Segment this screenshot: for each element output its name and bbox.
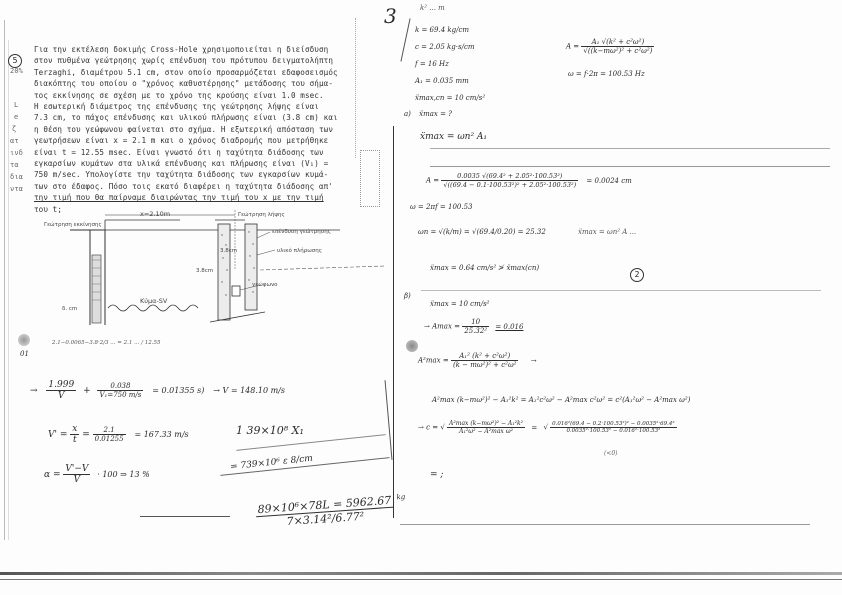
- amax-calc: → Amax = 1025.32² = 0.016: [424, 318, 523, 335]
- problem-line: είναι t = 12.55 msec. Είναι γνωστό ότι η…: [34, 147, 338, 158]
- label-casing: επένδυση γεώτρησης: [272, 229, 331, 235]
- problem-line: η θέση του γεώφωνου φαίνεται στο σχήμα. …: [34, 124, 338, 135]
- scan-bar: [0, 572, 842, 575]
- c-note: (<0): [604, 450, 618, 457]
- xmax-result: ẍmax = 0.64 cm/s² ≯ ẍmax(cn): [430, 264, 539, 272]
- bracket-line: [400, 18, 410, 61]
- given-a1: A₁ = 0.035 mm: [415, 73, 485, 90]
- label-fill: υλικό πλήρωσης: [277, 248, 322, 254]
- problem-text: Για την εκτέλεση δοκιμής Cross-Hole χρησ…: [34, 44, 338, 215]
- separator: [430, 166, 830, 167]
- side-note-1: 1 39×10⁸ X₁: [236, 424, 304, 437]
- problem-line: των στο έδαφος. Πόσο τοις εκατό διαφέρει…: [34, 181, 338, 192]
- separator: [421, 290, 821, 291]
- problem-line: στον πυθμένα γεώτρησης χωρίς επένδυση το…: [34, 55, 338, 66]
- margin-note: ζ: [12, 124, 16, 135]
- equation-velocity: → 1.999V + 0.038V₁=750 m/s = 0.01355 s) …: [30, 380, 285, 401]
- column-divider: [393, 126, 394, 518]
- problem-line: γεωτρήσεων είναι x = 2.1 m και ο χρόνος …: [34, 135, 338, 146]
- scan-blot-icon: [18, 334, 30, 346]
- problem-line: Για την εκτέλεση δοκιμής Cross-Hole χρησ…: [34, 44, 338, 55]
- final-answer: = ;: [430, 470, 443, 480]
- problem-number: 5: [8, 48, 22, 68]
- label-geophone: γεώφωνο: [252, 282, 278, 288]
- distance-label: x=2.10m: [140, 210, 170, 218]
- separator: [430, 148, 830, 149]
- scanned-page: 5 Για την εκτέλεση δοκιμής Cross-Hole χρ…: [0, 0, 842, 595]
- scan-edge-inner: [8, 40, 9, 540]
- label-sampler: δ. cm: [62, 306, 77, 312]
- given-k: k = 69.4 kg/cm: [415, 22, 485, 39]
- margin-note: ινδ: [10, 148, 23, 159]
- xmax-formula: ẍmax = ωn² A₁: [420, 132, 487, 142]
- problem-line: εγκαρσίων κυμάτων στα υλικά επένδυσης κα…: [34, 158, 338, 169]
- equation-apparent-velocity: V' = xt = 2.10.01255 = 167.33 m/s: [48, 424, 189, 445]
- problem-line: Terzaghi, διαμέτρου 5.1 cm, στον οποίο π…: [34, 67, 338, 78]
- given-xmax: ẍmax,cn = 10 cm/s²: [415, 90, 485, 107]
- expand-line: A²max (k−mω²)² − A₁²k² = A₁²c²ω² − A²max…: [432, 396, 690, 404]
- given-f: f = 16 Hz: [415, 56, 485, 73]
- label-left-borehole: Γεώτρηση εκκίνησης: [44, 222, 102, 228]
- formula-amplitude: A = A₁ √(k² + c²ω²)√((k−mω²)² + c²ω²): [566, 38, 654, 55]
- problem-line: διακόπτης του οποίου ο "χρόνος καθυστέρη…: [34, 78, 338, 89]
- margin-note: ντα: [10, 184, 23, 195]
- omega-n-note: ẍmax = ωn² A ...: [578, 228, 636, 236]
- given-values: k = 69.4 kg/cm c = 2.05 kg·s/cm f = 16 H…: [415, 22, 485, 107]
- problem-line: 7.3 cm, το πάχος επένδυσης και υλικού πλ…: [34, 112, 338, 123]
- margin-note: ατ: [10, 136, 19, 147]
- margin-dots: [355, 18, 357, 158]
- part-b-given: ẍmax = 10 cm/s²: [430, 300, 489, 308]
- equation-percent-diff: α = V'−VV · 100 ⇒ 13 %: [44, 464, 150, 485]
- omega-calc: ω = 2πf = 100.53: [410, 203, 472, 211]
- given-c: c = 2.05 kg·s/cm: [415, 39, 485, 56]
- omega-line: ω = f·2π = 100.53 Hz: [568, 70, 645, 78]
- part-a: a) ẍmax = ?: [404, 110, 452, 118]
- scan-edge: [4, 20, 5, 540]
- omega-n-calc: ωn = √(k/m) = √(69.4/0.20) = 25.32: [418, 228, 546, 236]
- problem-line: τος εκκίνησης σε σχέση με το χρόνο της κ…: [34, 90, 338, 101]
- margin-box: [360, 150, 380, 207]
- problem-line: την τιμή που θα παίρναμε διαιρώντας την …: [34, 192, 338, 203]
- label-wave: Κύμα-SV: [140, 297, 167, 305]
- answer-underline: [140, 516, 230, 517]
- margin-note: e: [14, 112, 18, 123]
- calculation: 89×10⁶×78L = 5962.677×3.14²/6.77² kg: [255, 493, 407, 530]
- part-b-label: β): [404, 292, 411, 300]
- margin-note: 20%: [10, 66, 23, 77]
- problem-line: 750 m/sec. Υπολογίστε την ταχύτητα διάδο…: [34, 169, 338, 180]
- separator: [400, 524, 810, 525]
- amax-squared: A²max = A₁² (k² + c²ω²)(k − mω²)² + c²ω²…: [418, 352, 537, 369]
- margin-note: δια: [10, 172, 23, 183]
- scan-blot-icon: [406, 340, 418, 352]
- problem-line: Η εσωτερική διάμετρος της επένδυσης της …: [34, 101, 338, 112]
- margin-label: 01: [20, 350, 29, 358]
- amplitude-calc: A = 0.0035 √(69.4² + 2.05²·100.53²)√((69…: [426, 172, 632, 189]
- box-line: [385, 380, 393, 460]
- solution-line-1: 2.1−0.0065−3.8·2/3 ... = 2.1 ... / 12.55: [52, 340, 161, 346]
- margin-note: τα: [10, 160, 19, 171]
- damping-calc: → c = √ A²max (k−mω²)² − A₁²k²A₁²ω² − A²…: [418, 420, 677, 435]
- circled-mark: 2: [630, 262, 644, 282]
- margin-note: L: [14, 100, 18, 111]
- label-right-borehole: Γεώτρηση λήψης: [238, 212, 285, 218]
- label-dim2: 3.8cm: [196, 268, 213, 274]
- scan-bar: [0, 579, 842, 580]
- page-number: 3: [384, 4, 397, 28]
- top-fragment: k² ... m: [420, 4, 445, 12]
- label-dim1: 3.8cm: [220, 248, 237, 254]
